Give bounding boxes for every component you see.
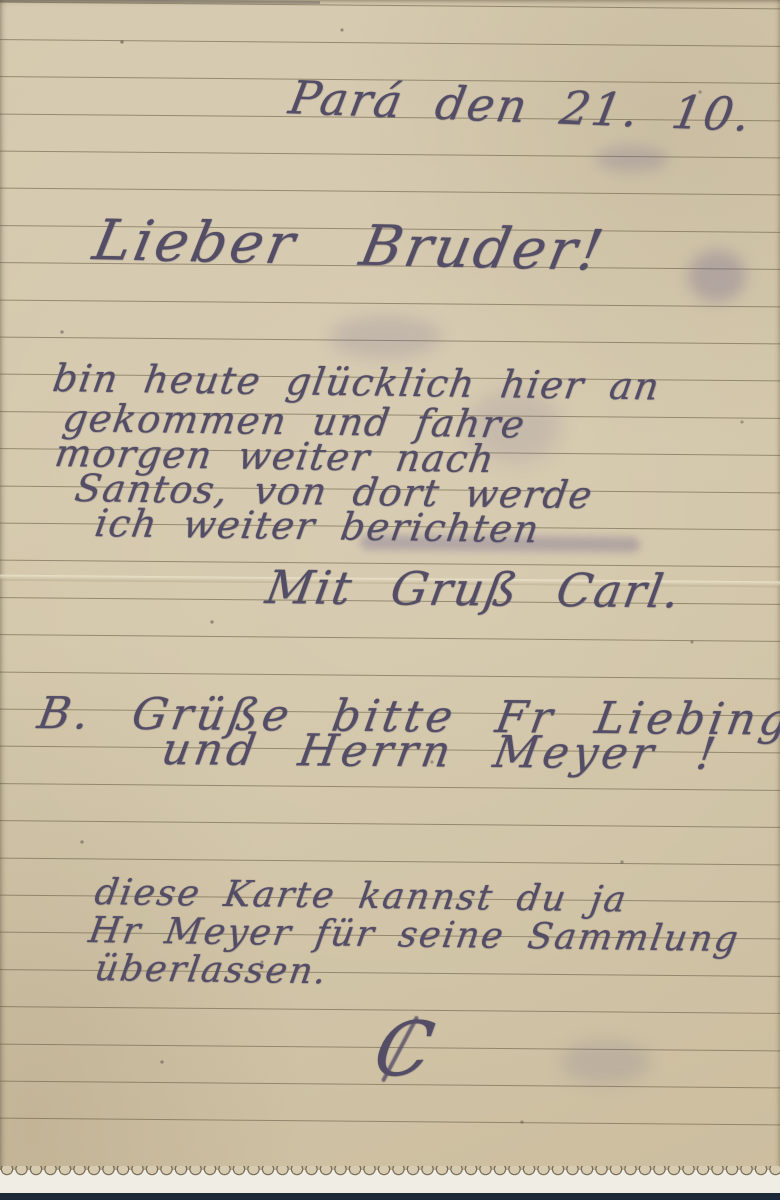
ink-smudge — [596, 146, 668, 172]
postscript-line: und Herrn Meyer ! — [158, 724, 723, 780]
ink-smudge — [330, 316, 442, 358]
letter-photo: Pará den 21. 10. 97. Lieber Bruder! bin … — [0, 0, 780, 1200]
backing-bottom-strip — [0, 1193, 780, 1200]
note-line: überlassen. — [92, 948, 331, 992]
body-line: ich weiter berichten — [92, 501, 543, 551]
ink-smudge — [688, 250, 746, 302]
ink-smudge — [560, 1040, 650, 1084]
perforated-edge — [0, 1166, 780, 1182]
salutation-handwriting: Lieber Bruder! — [88, 208, 611, 283]
closing-signature: Mit Gruß Carl. — [262, 560, 686, 618]
